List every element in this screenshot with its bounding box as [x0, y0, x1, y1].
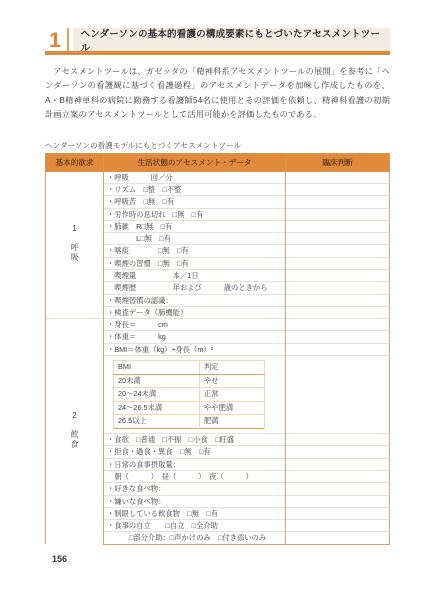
- table-header-row: 基本的欲求 生活状態のアセスメント・データ 臨床判断: [46, 153, 390, 171]
- bmi-cell: やや肥満: [200, 401, 265, 415]
- clinical-judgment-cell: [286, 343, 390, 355]
- need-number: 2: [49, 410, 100, 421]
- assessment-data-cell: ・呼吸苦 □無 □有: [104, 196, 286, 208]
- assessment-data-cell: ・喫煙の習慣 □無 □有: [104, 257, 286, 269]
- assessment-data-cell: ・身長＝ cm: [104, 319, 286, 331]
- clinical-judgment-cell: [286, 196, 390, 208]
- table-row: 1呼吸・呼吸 回／分: [46, 171, 390, 183]
- bmi-cell: 26.5以上: [114, 415, 200, 429]
- clinical-judgment-cell: [286, 257, 390, 269]
- bmi-header-cell: 判定: [200, 361, 265, 375]
- clinical-judgment-cell: [286, 220, 390, 232]
- clinical-judgment-cell: [286, 434, 390, 446]
- table-caption: ヘンダーソンの看護モデルにもとづくアセスメントツール: [45, 140, 390, 151]
- clinical-judgment-cell: [286, 183, 390, 195]
- clinical-judgment-cell: [286, 446, 390, 458]
- assessment-data-cell: ・制限している飲食物 □無 □有: [104, 507, 286, 519]
- clinical-judgment-cell: [286, 208, 390, 220]
- intro-paragraph: アセスメントツールは、ガゼッタの「精神科系アセスメントツールの展開」を参考に「ヘ…: [45, 65, 390, 123]
- assessment-data-cell: ・拒食・過食・異食 □無 □有: [104, 446, 286, 458]
- bmi-row: 24～26.5未満やや肥満: [114, 401, 265, 415]
- bmi-cell: 正常: [200, 388, 265, 402]
- assessment-data-cell: ・体重＝ kg: [104, 331, 286, 343]
- need-label: 呼吸: [69, 243, 80, 263]
- need-number: 1: [49, 223, 100, 234]
- assessment-data-cell: ・喫煙習慣の認識：: [104, 294, 286, 306]
- assessment-data-cell: ・日常の食事摂取量：: [104, 458, 286, 470]
- assessment-data-cell: □部分介助：□声かけのみ □付き添いのみ: [104, 532, 286, 544]
- clinical-judgment-cell: [286, 470, 390, 482]
- clinical-judgment-cell: [286, 233, 390, 245]
- column-header-assessment-data: 生活状態のアセスメント・データ: [104, 153, 286, 171]
- bmi-row: 26.5以上肥満: [114, 415, 265, 429]
- assessment-data-cell: ・食事の自立 □自立 □全介助: [104, 520, 286, 532]
- assessment-data-cell: ・検査データ（肺機能）: [104, 306, 286, 318]
- assessment-data-cell: ・好きな食べ物：: [104, 483, 286, 495]
- chapter-header: 1 ヘンダーソンの基本的看護の構成要素にもとづいたアセスメントツール: [45, 28, 390, 51]
- assessment-data-cell: BMI判定20未満やせ20～24未満正常24～26.5未満やや肥満26.5以上肥…: [104, 356, 286, 434]
- clinical-judgment-cell: [286, 306, 390, 318]
- clinical-judgment-cell: [286, 507, 390, 519]
- assessment-data-cell: 喫煙歴 年および 歳のときから: [104, 282, 286, 294]
- clinical-judgment-cell: [286, 532, 390, 544]
- clinical-judgment-cell: [286, 495, 390, 507]
- bmi-cell: 肥満: [200, 415, 265, 429]
- bmi-table: BMI判定20未満やせ20～24未満正常24～26.5未満やや肥満26.5以上肥…: [113, 360, 265, 429]
- need-group-cell: 1呼吸: [46, 171, 104, 319]
- bmi-cell: 24～26.5未満: [114, 401, 200, 415]
- assessment-data-cell: ・嫌いな食べ物：: [104, 495, 286, 507]
- page-number: 156: [52, 554, 67, 564]
- table-row: 2飲食・身長＝ cm: [46, 319, 390, 331]
- column-header-basic-needs: 基本的欲求: [46, 153, 104, 171]
- need-label: 飲食: [69, 430, 80, 450]
- clinical-judgment-cell: [286, 270, 390, 282]
- clinical-judgment-cell: [286, 520, 390, 532]
- bmi-cell: 20～24未満: [114, 388, 200, 402]
- assessment-data-cell: ・肺雑 R□無 □有: [104, 220, 286, 232]
- assessment-table-body: 1呼吸・呼吸 回／分・リズム □整 □不整・呼吸苦 □無 □有・労作時の息切れ …: [46, 171, 390, 544]
- assessment-data-cell: ・BMI＝体重（kg）÷身長（m）²: [104, 343, 286, 355]
- page-content: 1 ヘンダーソンの基本的看護の構成要素にもとづいたアセスメントツール アセスメン…: [0, 0, 425, 545]
- bmi-header-row: BMI判定: [114, 361, 265, 375]
- clinical-judgment-cell: [286, 458, 390, 470]
- bmi-row: 20～24未満正常: [114, 388, 265, 402]
- assessment-table-head: 基本的欲求 生活状態のアセスメント・データ 臨床判断: [46, 153, 390, 171]
- clinical-judgment-cell: [286, 331, 390, 343]
- assessment-data-cell: ・労作時の息切れ □無 □有: [104, 208, 286, 220]
- chapter-number-divider: [67, 28, 69, 51]
- bmi-row: 20未満やせ: [114, 374, 265, 388]
- clinical-judgment-cell: [286, 294, 390, 306]
- bmi-header-cell: BMI: [114, 361, 200, 375]
- clinical-judgment-cell: [286, 282, 390, 294]
- chapter-number: 1: [45, 28, 65, 51]
- need-group-cell: 2飲食: [46, 319, 104, 545]
- assessment-data-cell: ・食欲 □普通 □不振 □小食 □旺盛: [104, 434, 286, 446]
- clinical-judgment-cell: [286, 483, 390, 495]
- assessment-data-cell: 喫煙量 本／1日: [104, 270, 286, 282]
- assessment-data-cell: ・リズム □整 □不整: [104, 183, 286, 195]
- bmi-cell: 20未満: [114, 374, 200, 388]
- assessment-data-cell: ・喀痰 □無 □有: [104, 245, 286, 257]
- bmi-cell: やせ: [200, 374, 265, 388]
- clinical-judgment-cell: [286, 171, 390, 183]
- assessment-data-cell: ・呼吸 回／分: [104, 171, 286, 183]
- clinical-judgment-cell: [286, 356, 390, 434]
- assessment-data-cell: 朝（ ） 昼（ ） 夜（ ）: [104, 470, 286, 482]
- column-header-clinical-judgment: 臨床判断: [286, 153, 390, 171]
- assessment-table: 基本的欲求 生活状態のアセスメント・データ 臨床判断 1呼吸・呼吸 回／分・リズ…: [45, 153, 390, 545]
- clinical-judgment-cell: [286, 245, 390, 257]
- assessment-data-cell: L□無 □有: [104, 233, 286, 245]
- page-title: ヘンダーソンの基本的看護の構成要素にもとづいたアセスメントツール: [73, 28, 391, 51]
- clinical-judgment-cell: [286, 319, 390, 331]
